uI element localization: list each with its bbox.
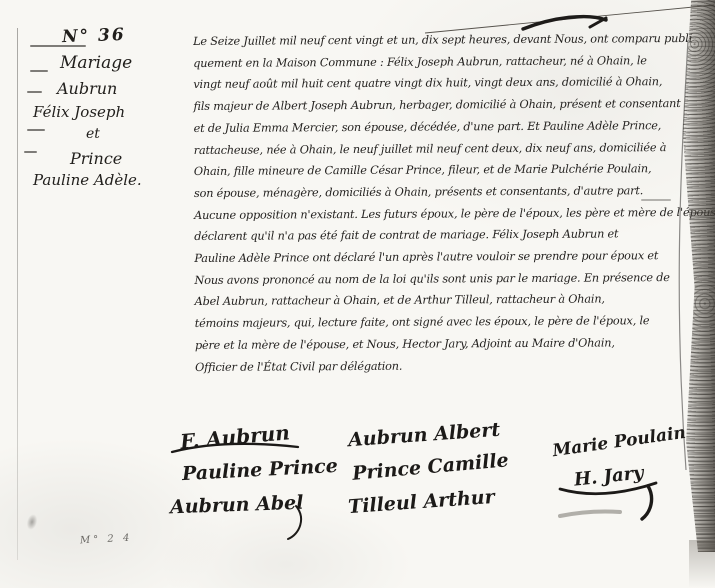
- record-number: N° 36: [62, 25, 126, 47]
- margin-bride-surname: Prince: [70, 149, 122, 168]
- body-line: Officier de l'État Civil par délégation.: [195, 353, 707, 378]
- signature-father-of-groom: Aubrun Albert: [347, 419, 500, 452]
- body-line: Pauline Adèle Prince ont déclaré l'un ap…: [194, 245, 706, 270]
- body-line: Le Seize Juillet mil neuf cent vingt et …: [193, 28, 705, 53]
- signature-mother-of-bride: Marie Poulain: [551, 423, 687, 461]
- body-line: quement en la Maison Commune : Félix Jos…: [193, 50, 705, 75]
- margin-act-type: Mariage: [60, 53, 132, 73]
- margin-conjunction: et: [86, 126, 100, 142]
- body-line: et de Julia Emma Mercier, son épouse, dé…: [194, 115, 706, 140]
- body-line: vingt neuf août mil huit cent quatre vin…: [193, 71, 705, 96]
- margin-dash: [24, 151, 37, 153]
- signature-officer: H. Jary: [573, 462, 644, 490]
- body-line: déclarent qu'il n'a pas été fait de cont…: [194, 223, 706, 248]
- signature-bride: Pauline Prince: [182, 455, 339, 485]
- body-line: père et la mère de l'épouse, et Nous, He…: [195, 332, 707, 357]
- body-line: rattacheuse, née à Ohain, le neuf juille…: [194, 136, 706, 161]
- signature-witness-abel: Aubrun Abel: [170, 492, 304, 519]
- page-binding-shadow-fade: [689, 540, 715, 588]
- body-line: Aucune opposition n'existant. Les futurs…: [194, 201, 706, 226]
- margin-groom-surname: Aubrun: [57, 79, 117, 98]
- body-line: fils majeur de Albert Joseph Aubrun, her…: [193, 93, 705, 118]
- pencil-footnote: M° 2 4: [80, 533, 133, 547]
- act-body-text: Le Seize Juillet mil neuf cent vingt et …: [193, 28, 707, 378]
- signature-witness-arthur: Tilleul Arthur: [347, 486, 495, 518]
- ink-smudge: [25, 513, 39, 531]
- margin-rule-line: [17, 28, 18, 560]
- signature-groom: F. Aubrun: [179, 420, 290, 453]
- margin-bride-given: Pauline Adèle.: [33, 171, 142, 189]
- body-line: témoins majeurs, qui, lecture faite, ont…: [195, 310, 707, 335]
- margin-dash: [27, 91, 42, 93]
- body-line: son épouse, ménagère, domiciliés à Ohain…: [194, 180, 706, 205]
- margin-groom-given: Félix Joseph: [33, 103, 125, 121]
- signature-father-of-bride: Prince Camille: [351, 449, 509, 485]
- marriage-record-page: N° 36 Mariage Aubrun Félix Joseph et Pri…: [0, 0, 715, 588]
- margin-dash: [30, 45, 86, 47]
- body-line: Abel Aubrun, rattacheur à Ohain, et de A…: [195, 288, 707, 313]
- margin-dash: [27, 129, 45, 131]
- body-line: Ohain, fille mineure de Camille César Pr…: [194, 158, 706, 183]
- margin-dash: [30, 70, 48, 72]
- body-line: Nous avons prononcé au nom de la loi qu'…: [194, 267, 706, 292]
